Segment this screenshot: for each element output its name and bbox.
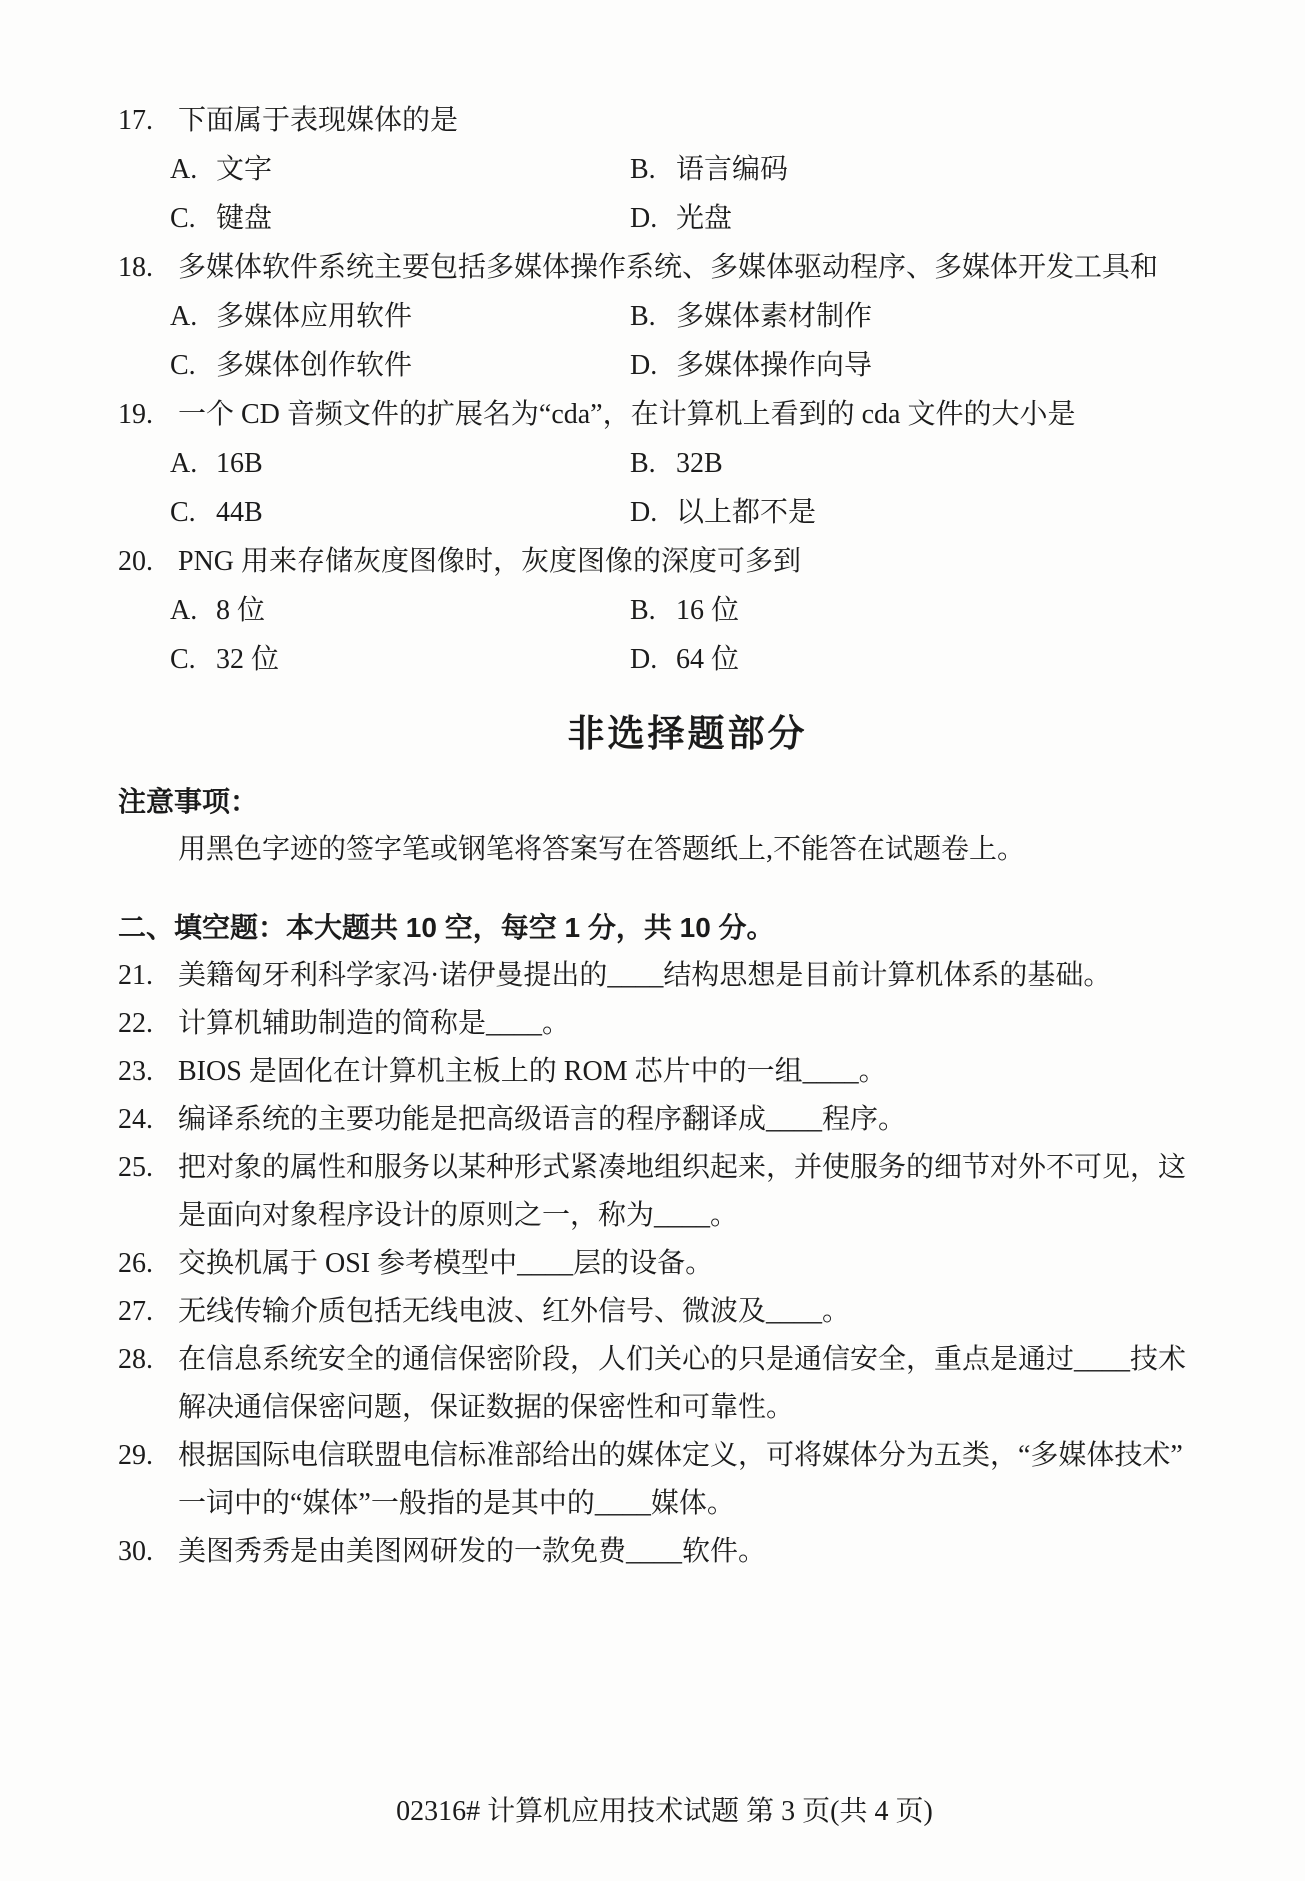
question-text: 下面属于表现媒体的是 bbox=[178, 105, 458, 136]
option-d: D.以上都不是 bbox=[630, 488, 1305, 537]
option-text: 多媒体创作软件 bbox=[216, 350, 412, 381]
option-text: 32B bbox=[676, 448, 723, 479]
question-text: 编译系统的主要功能是把高级语言的程序翻译成____程序。 bbox=[178, 1104, 906, 1135]
option-label: B. bbox=[630, 586, 676, 635]
option-a: A.16B bbox=[170, 439, 630, 488]
option-d: D.光盘 bbox=[630, 194, 1305, 243]
question-text: 交换机属于 OSI 参考模型中____层的设备。 bbox=[178, 1248, 713, 1279]
option-b: B.32B bbox=[630, 439, 1305, 488]
option-c: C.多媒体创作软件 bbox=[170, 341, 630, 390]
option-text: 16 位 bbox=[676, 595, 739, 626]
question-number: 20. bbox=[118, 537, 178, 586]
question-number: 24. bbox=[118, 1096, 178, 1144]
option-c: C.44B bbox=[170, 488, 630, 537]
fill-section: 二、填空题：本大题共 10 空，每空 1 分，共 10 分。 21.美籍匈牙利科… bbox=[0, 904, 1305, 1576]
question-number: 21. bbox=[118, 952, 178, 1000]
notice-section: 注意事项： 用黑色字迹的签字笔或钢笔将答案写在答题纸上,不能答在试题卷上。 bbox=[0, 778, 1305, 874]
option-b: B.语言编码 bbox=[630, 145, 1305, 194]
question-29-line2: 一词中的“媒体”一般指的是其中的____媒体。 bbox=[0, 1480, 1305, 1528]
question-18: 18.多媒体软件系统主要包括多媒体操作系统、多媒体驱动程序、多媒体开发工具和 bbox=[0, 243, 1305, 292]
option-label: D. bbox=[630, 341, 676, 390]
option-label: C. bbox=[170, 341, 216, 390]
question-text: 根据国际电信联盟电信标准部给出的媒体定义，可将媒体分为五类，“多媒体技术” bbox=[178, 1440, 1183, 1471]
option-a: A.文字 bbox=[170, 145, 630, 194]
question-21: 21.美籍匈牙利科学家冯·诺伊曼提出的____结构思想是目前计算机体系的基础。 bbox=[0, 952, 1305, 1000]
question-text: BIOS 是固化在计算机主板上的 ROM 芯片中的一组____。 bbox=[178, 1056, 887, 1087]
question-19: 19.一个 CD 音频文件的扩展名为“cda”，在计算机上看到的 cda 文件的… bbox=[0, 390, 1305, 439]
question-17-options: A.文字 B.语言编码 C.键盘 D.光盘 bbox=[0, 145, 1305, 243]
option-label: B. bbox=[630, 145, 676, 194]
option-text: 32 位 bbox=[216, 644, 279, 675]
option-b: B.多媒体素材制作 bbox=[630, 292, 1305, 341]
question-number: 17. bbox=[118, 96, 178, 145]
question-text: PNG 用来存储灰度图像时，灰度图像的深度可多到 bbox=[178, 546, 801, 577]
question-28-line2: 解决通信保密问题，保证数据的保密性和可靠性。 bbox=[0, 1384, 1305, 1432]
option-a: A.多媒体应用软件 bbox=[170, 292, 630, 341]
question-28: 28.在信息系统安全的通信保密阶段，人们关心的只是通信安全，重点是通过____技… bbox=[0, 1336, 1305, 1384]
option-label: A. bbox=[170, 292, 216, 341]
question-text: 美图秀秀是由美图网研发的一款免费____软件。 bbox=[178, 1536, 766, 1567]
question-23: 23.BIOS 是固化在计算机主板上的 ROM 芯片中的一组____。 bbox=[0, 1048, 1305, 1096]
option-label: B. bbox=[630, 439, 676, 488]
question-text: 在信息系统安全的通信保密阶段，人们关心的只是通信安全，重点是通过____技术 bbox=[178, 1344, 1186, 1375]
exam-page: 17.下面属于表现媒体的是 A.文字 B.语言编码 C.键盘 D.光盘 18.多… bbox=[0, 0, 1305, 1881]
question-25-line2: 是面向对象程序设计的原则之一，称为____。 bbox=[0, 1192, 1305, 1240]
question-text: 美籍匈牙利科学家冯·诺伊曼提出的____结构思想是目前计算机体系的基础。 bbox=[178, 960, 1111, 991]
section-title: 非选择题部分 bbox=[35, 710, 1305, 758]
question-17: 17.下面属于表现媒体的是 bbox=[0, 96, 1305, 145]
option-label: D. bbox=[630, 488, 676, 537]
question-number: 22. bbox=[118, 1000, 178, 1048]
page-footer: 02316# 计算机应用技术试题 第 3 页(共 4 页) bbox=[24, 1788, 1305, 1836]
option-label: A. bbox=[170, 586, 216, 635]
option-c: C.键盘 bbox=[170, 194, 630, 243]
question-26: 26.交换机属于 OSI 参考模型中____层的设备。 bbox=[0, 1240, 1305, 1288]
question-text: 一个 CD 音频文件的扩展名为“cda”，在计算机上看到的 cda 文件的大小是 bbox=[178, 399, 1075, 430]
question-text: 计算机辅助制造的简称是____。 bbox=[178, 1008, 570, 1039]
option-label: C. bbox=[170, 635, 216, 684]
option-label: D. bbox=[630, 194, 676, 243]
option-b: B.16 位 bbox=[630, 586, 1305, 635]
mcq-section: 17.下面属于表现媒体的是 A.文字 B.语言编码 C.键盘 D.光盘 18.多… bbox=[0, 0, 1305, 684]
option-d: D.多媒体操作向导 bbox=[630, 341, 1305, 390]
question-24: 24.编译系统的主要功能是把高级语言的程序翻译成____程序。 bbox=[0, 1096, 1305, 1144]
question-number: 26. bbox=[118, 1240, 178, 1288]
option-text: 16B bbox=[216, 448, 263, 479]
option-text: 多媒体应用软件 bbox=[216, 301, 412, 332]
fill-heading: 二、填空题：本大题共 10 空，每空 1 分，共 10 分。 bbox=[0, 904, 1305, 952]
option-text: 64 位 bbox=[676, 644, 739, 675]
question-19-options: A.16B B.32B C.44B D.以上都不是 bbox=[0, 439, 1305, 537]
question-29: 29.根据国际电信联盟电信标准部给出的媒体定义，可将媒体分为五类，“多媒体技术” bbox=[0, 1432, 1305, 1480]
option-text: 语言编码 bbox=[676, 154, 788, 185]
question-30: 30.美图秀秀是由美图网研发的一款免费____软件。 bbox=[0, 1528, 1305, 1576]
option-label: D. bbox=[630, 635, 676, 684]
option-c: C.32 位 bbox=[170, 635, 630, 684]
question-18-options: A.多媒体应用软件 B.多媒体素材制作 C.多媒体创作软件 D.多媒体操作向导 bbox=[0, 292, 1305, 390]
option-label: A. bbox=[170, 145, 216, 194]
question-number: 19. bbox=[118, 390, 178, 439]
option-text: 44B bbox=[216, 497, 263, 528]
option-label: C. bbox=[170, 488, 216, 537]
question-20-options: A.8 位 B.16 位 C.32 位 D.64 位 bbox=[0, 586, 1305, 684]
question-number: 29. bbox=[118, 1432, 178, 1480]
question-25: 25.把对象的属性和服务以某种形式紧凑地组织起来，并使服务的细节对外不可见，这 bbox=[0, 1144, 1305, 1192]
question-number: 28. bbox=[118, 1336, 178, 1384]
notice-heading: 注意事项： bbox=[0, 778, 1305, 826]
question-number: 23. bbox=[118, 1048, 178, 1096]
option-text: 文字 bbox=[216, 154, 272, 185]
question-text: 无线传输介质包括无线电波、红外信号、微波及____。 bbox=[178, 1296, 850, 1327]
question-number: 30. bbox=[118, 1528, 178, 1576]
question-20: 20.PNG 用来存储灰度图像时，灰度图像的深度可多到 bbox=[0, 537, 1305, 586]
question-22: 22.计算机辅助制造的简称是____。 bbox=[0, 1000, 1305, 1048]
option-label: C. bbox=[170, 194, 216, 243]
question-number: 18. bbox=[118, 243, 178, 292]
option-text: 光盘 bbox=[676, 203, 732, 234]
option-d: D.64 位 bbox=[630, 635, 1305, 684]
notice-body: 用黑色字迹的签字笔或钢笔将答案写在答题纸上,不能答在试题卷上。 bbox=[0, 826, 1305, 874]
question-27: 27.无线传输介质包括无线电波、红外信号、微波及____。 bbox=[0, 1288, 1305, 1336]
option-a: A.8 位 bbox=[170, 586, 630, 635]
question-text: 多媒体软件系统主要包括多媒体操作系统、多媒体驱动程序、多媒体开发工具和 bbox=[178, 252, 1158, 283]
option-text: 8 位 bbox=[216, 595, 265, 626]
option-text: 多媒体操作向导 bbox=[676, 350, 872, 381]
option-text: 以上都不是 bbox=[676, 497, 816, 528]
question-text: 把对象的属性和服务以某种形式紧凑地组织起来，并使服务的细节对外不可见，这 bbox=[178, 1152, 1186, 1183]
question-number: 25. bbox=[118, 1144, 178, 1192]
option-label: A. bbox=[170, 439, 216, 488]
option-text: 键盘 bbox=[216, 203, 272, 234]
question-number: 27. bbox=[118, 1288, 178, 1336]
option-text: 多媒体素材制作 bbox=[676, 301, 872, 332]
option-label: B. bbox=[630, 292, 676, 341]
